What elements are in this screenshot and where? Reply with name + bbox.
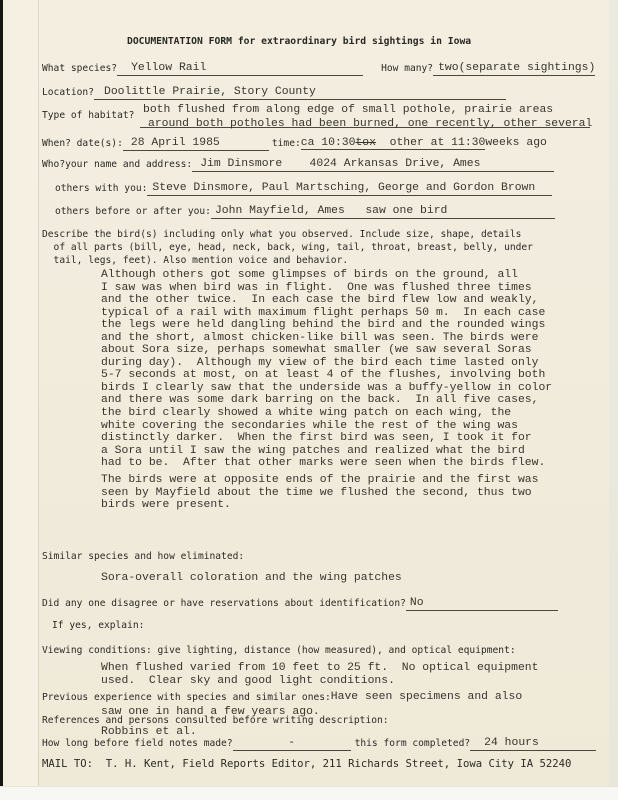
location-label: Location? bbox=[42, 87, 94, 98]
time-strikeout-correction: tox bbox=[355, 137, 376, 149]
form-completed-value: 24 hours bbox=[470, 737, 596, 751]
if-yes-label: If yes, explain: bbox=[52, 620, 144, 631]
references-label: References and persons consulted before … bbox=[42, 715, 389, 726]
scanned-document-page: DOCUMENTATION FORM for extraordinary bir… bbox=[0, 0, 618, 800]
describe-instructions: Describe the bird(s) including only what… bbox=[42, 228, 533, 267]
time-other-value: other at 11:30 bbox=[376, 137, 485, 149]
others-before-value: John Mayfield, Ames saw one bird bbox=[211, 205, 555, 219]
field-location: Location?Doolittle Prairie, Story County bbox=[42, 85, 506, 101]
habitat-label: Type of habitat? bbox=[42, 110, 134, 121]
who-label: Who?your name and address: bbox=[42, 159, 192, 170]
similar-species-value: Sora-overall coloration and the wing pat… bbox=[101, 572, 402, 584]
similar-species-label: Similar species and how eliminated: bbox=[42, 551, 244, 562]
field-experience: Previous experience with species and sim… bbox=[42, 690, 522, 705]
form-title: DOCUMENTATION FORM for extraordinary bir… bbox=[127, 36, 471, 47]
when-label: When? date(s): bbox=[42, 138, 123, 149]
scan-edge-shadow bbox=[0, 0, 3, 786]
habitat-value-line3: weeks ago bbox=[485, 137, 547, 149]
field-species: What species?Yellow RailHow many?two(sep… bbox=[42, 61, 595, 77]
others-with-label: others with you: bbox=[55, 183, 147, 194]
scanner-background-strip bbox=[0, 786, 618, 800]
experience-label: Previous experience with species and sim… bbox=[42, 692, 331, 703]
mail-to-line: MAIL TO: T. H. Kent, Field Reports Edito… bbox=[42, 758, 571, 770]
field-notes-value: - bbox=[233, 737, 351, 751]
description-paragraph-2: The birds were at opposite ends of the p… bbox=[101, 474, 538, 512]
habitat-value-line2: around both potholes had been burned, on… bbox=[148, 118, 592, 130]
field-notes-timing: How long before field notes made?-this f… bbox=[42, 736, 596, 752]
how-many-value: two(separate sightings) bbox=[433, 62, 595, 76]
field-notes-label: How long before field notes made? bbox=[42, 738, 233, 749]
species-label: What species? bbox=[42, 63, 117, 74]
others-before-label: others before or after you: bbox=[55, 206, 211, 217]
viewing-conditions-label: Viewing conditions: give lighting, dista… bbox=[42, 645, 516, 656]
scan-right-edge bbox=[609, 0, 618, 786]
location-value: Doolittle Prairie, Story County bbox=[94, 86, 506, 100]
viewing-conditions-value: When flushed varied from 10 feet to 25 f… bbox=[101, 662, 538, 687]
description-paragraph-1: Although others got some glimpses of bir… bbox=[101, 269, 552, 470]
field-disagree: Did any one disagree or have reservation… bbox=[42, 596, 558, 612]
disagree-label: Did any one disagree or have reservation… bbox=[42, 598, 406, 609]
who-value: Jim Dinsmore 4024 Arkansas Drive, Ames bbox=[192, 158, 554, 172]
field-others-before: others before or after you:John Mayfield… bbox=[55, 204, 555, 220]
others-with-value: Steve Dinsmore, Paul Martsching, George … bbox=[147, 182, 552, 196]
paper-left-margin bbox=[3, 0, 38, 786]
field-when: When? date(s):28 April 1985time:ca 10:30… bbox=[42, 136, 547, 152]
paper-crease-line bbox=[38, 0, 39, 786]
species-value: Yellow Rail bbox=[117, 62, 363, 76]
time-value: ca 10:30 bbox=[301, 137, 356, 149]
experience-value: Have seen specimens and also bbox=[331, 691, 522, 703]
field-who: Who?your name and address:Jim Dinsmore 4… bbox=[42, 157, 554, 173]
time-value-group: ca 10:30tox other at 11:30 bbox=[301, 137, 486, 150]
disagree-value: No bbox=[406, 597, 558, 611]
time-label: time: bbox=[272, 138, 301, 149]
form-completed-label: this form completed? bbox=[355, 738, 471, 749]
how-many-label: How many? bbox=[381, 63, 433, 74]
when-date-value: 28 April 1985 bbox=[123, 137, 269, 151]
habitat-value-line1: both flushed from along edge of small po… bbox=[143, 104, 553, 116]
field-others-with: others with you:Steve Dinsmore, Paul Mar… bbox=[55, 181, 552, 197]
